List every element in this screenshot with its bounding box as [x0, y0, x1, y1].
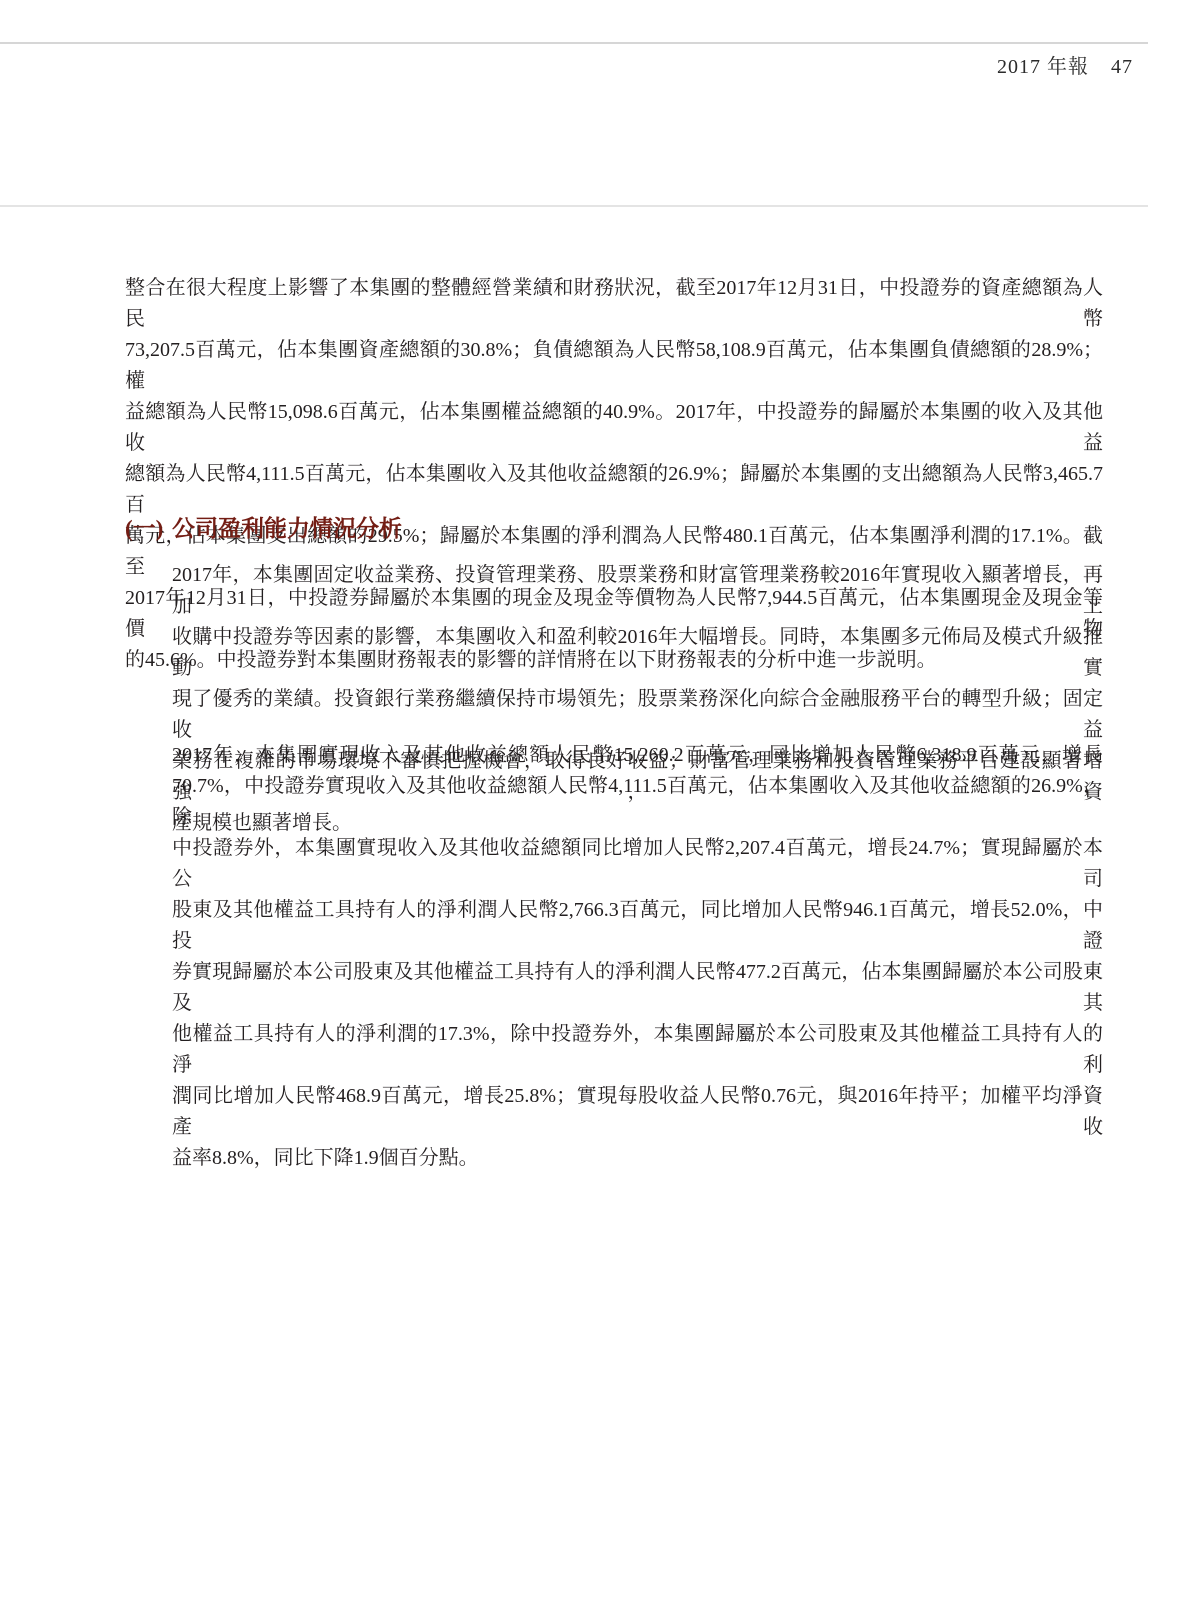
text-line: 總額為人民幣4,111.5百萬元，佔本集團收入及其他收益總額的26.9%；歸屬於… [125, 459, 1103, 521]
section-heading: (一) 公司盈利能力情況分析 [125, 514, 1103, 544]
document-page: 2017 年報 47 整合在很大程度上影響了本集團的整體經營業績和財務狀況，截至… [0, 0, 1190, 1615]
page-header: 2017 年報 47 [997, 50, 1133, 79]
text-line: 整合在很大程度上影響了本集團的整體經營業績和財務狀況，截至2017年12月31日… [125, 273, 1103, 335]
section-heading-marker: (一) [125, 514, 172, 544]
text-line: 2017年，本集團固定收益業務、投資管理業務、股票業務和財富管理業務較2016年… [172, 560, 1103, 622]
section-heading-title: 公司盈利能力情況分析 [172, 514, 402, 544]
text-line: 潤同比增加人民幣468.9百萬元，增長25.8%；實現每股收益人民幣0.76元，… [172, 1081, 1103, 1143]
text-line: 他權益工具持有人的淨利潤的17.3%，除中投證券外，本集團歸屬於本公司股東及其他… [172, 1019, 1103, 1081]
text-line: 73,207.5百萬元，佔本集團資產總額的30.8%；負債總額為人民幣58,10… [125, 335, 1103, 397]
text-line: 2017年，本集團實現收入及其他收益總額人民幣15,260.2百萬元，同比增加人… [172, 740, 1103, 771]
text-line: 現了優秀的業績。投資銀行業務繼續保持市場領先；股票業務深化向綜合金融服務平台的轉… [172, 684, 1103, 746]
report-title: 2017 年報 [997, 50, 1089, 79]
text-line: 益率8.8%，同比下降1.9個百分點。 [172, 1143, 1103, 1174]
header-rule-bottom [0, 205, 1148, 207]
text-line: 益總額為人民幣15,098.6百萬元，佔本集團權益總額的40.9%。2017年，… [125, 397, 1103, 459]
text-line: 券實現歸屬於本公司股東及其他權益工具持有人的淨利潤人民幣477.2百萬元，佔本集… [172, 957, 1103, 1019]
text-line: 收購中投證券等因素的影響，本集團收入和盈利較2016年大幅增長。同時，本集團多元… [172, 622, 1103, 684]
section-paragraph-2: 2017年，本集團實現收入及其他收益總額人民幣15,260.2百萬元，同比增加人… [172, 740, 1103, 1174]
page-number: 47 [1111, 56, 1133, 79]
text-line: 股東及其他權益工具持有人的淨利潤人民幣2,766.3百萬元，同比增加人民幣946… [172, 895, 1103, 957]
text-line: 中投證券外，本集團實現收入及其他收益總額同比增加人民幣2,207.4百萬元，增長… [172, 833, 1103, 895]
text-line: 70.7%，中投證券實現收入及其他收益總額人民幣4,111.5百萬元，佔本集團收… [172, 771, 1103, 833]
header-rule-top [0, 42, 1148, 44]
